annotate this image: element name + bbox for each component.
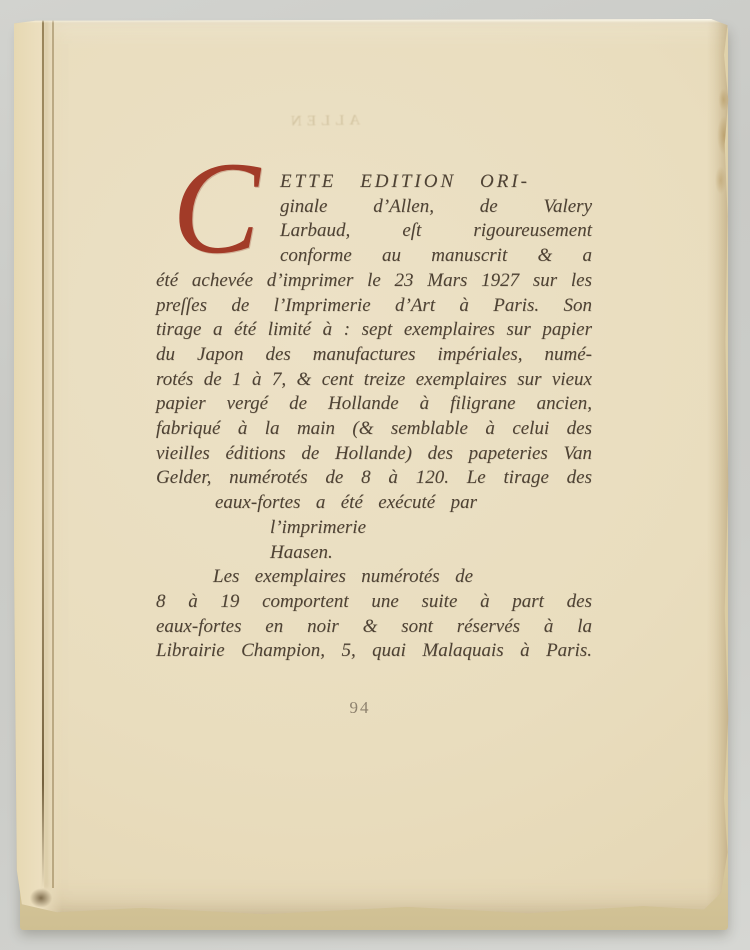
colophon-line: du Japon des manufactures impériales, nu… — [156, 343, 592, 368]
photo-background: ALLEN C ETTE EDITION ORI- ginale d’Allen… — [0, 0, 750, 950]
colophon-line: fabriqué à la main (& semblable à celui … — [156, 417, 592, 442]
colophon-line: rotés de 1 à 7, & cent treize exemplaire… — [156, 368, 592, 393]
colophon-line: eaux-fortes en noir & sont réservés à la — [156, 615, 592, 640]
show-through-text: ALLEN — [286, 112, 360, 130]
drop-cap-initial: C — [172, 162, 260, 254]
colophon-line: papier vergé de Hollande à filigrane anc… — [156, 392, 592, 417]
colophon-line: tirage a été limité à : sept exemplaires… — [156, 318, 592, 343]
gutter-fold — [14, 19, 62, 915]
colophon-text: C ETTE EDITION ORI- ginale d’Allen, de V… — [156, 170, 592, 664]
colophon-line: Librairie Champion, 5, quai Malaquais à … — [156, 639, 592, 664]
gutter-line — [42, 19, 44, 888]
page-number: 94 — [340, 698, 380, 718]
colophon-line: l’imprimerie Haasen. — [156, 516, 592, 565]
colophon-line: vieilles éditions de Hollande) des papet… — [156, 442, 592, 467]
book-page: ALLEN C ETTE EDITION ORI- ginale d’Allen… — [14, 19, 729, 915]
colophon-line: Gelder, numérotés de 8 à 120. Le tirage … — [156, 466, 592, 491]
colophon-line: 8 à 19 comportent une suite à part des — [156, 590, 592, 615]
page-top-highlight — [14, 19, 729, 23]
colophon-line: Les exemplaires numérotés de — [156, 565, 592, 590]
colophon-line: eaux-fortes a été exécuté par — [156, 491, 592, 516]
colophon-line: preſſes de l’Imprimerie d’Art à Paris. S… — [156, 294, 592, 319]
